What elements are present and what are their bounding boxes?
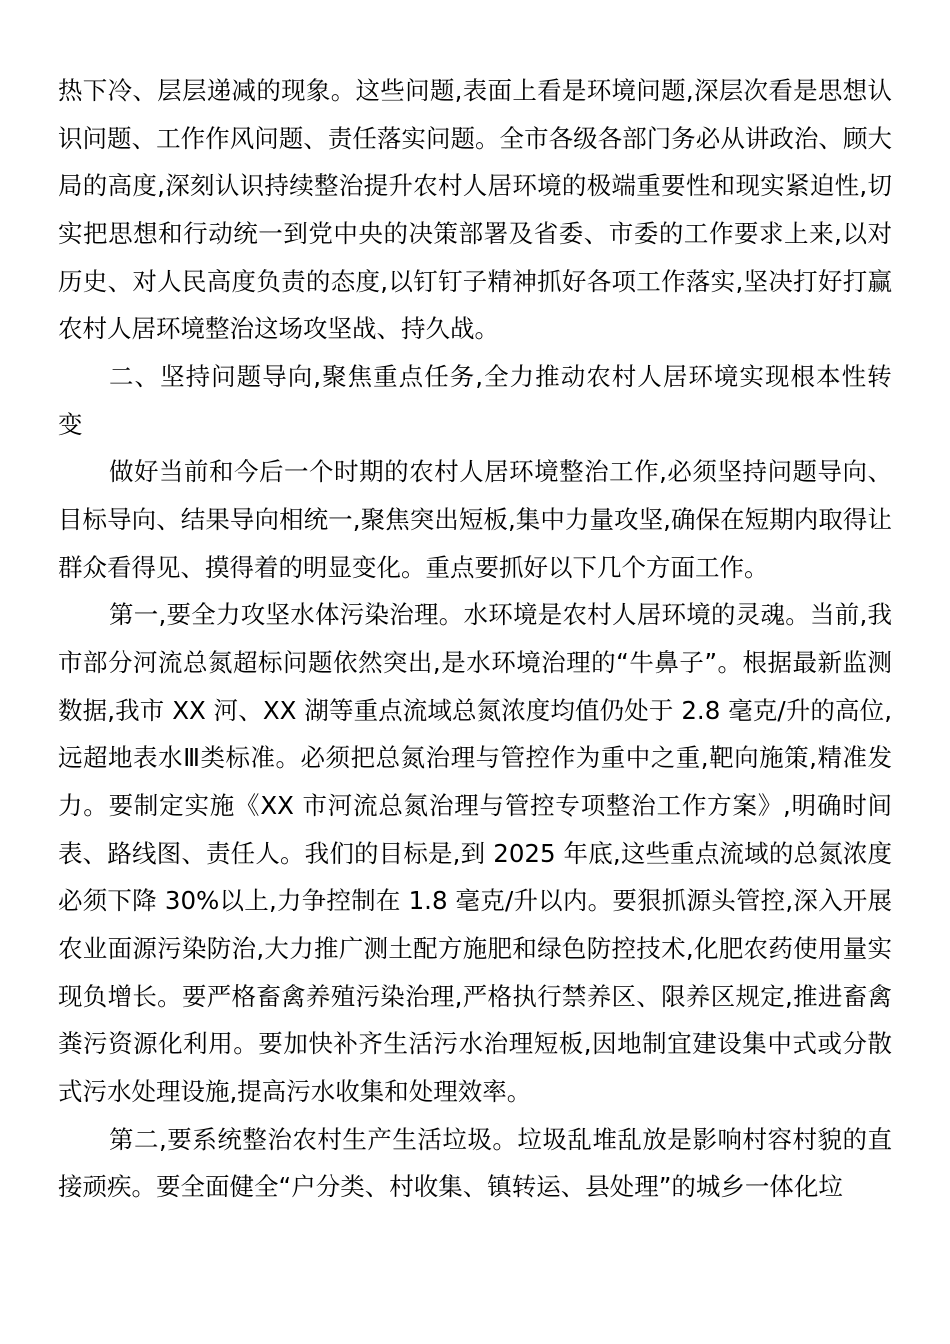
document-page: 热下冷、层层递减的现象。这些问题,表面上看是环境问题,深层次看是思想认识问题、工… <box>58 67 892 1211</box>
section-heading-two: 二、坚持问题导向,聚焦重点任务,全力推动农村人居环境实现根本性转变 <box>58 353 892 448</box>
paragraph-garbage-treatment: 第二,要系统整治农村生产生活垃圾。垃圾乱堆乱放是影响村容村貌的直接顽疾。要全面健… <box>58 1116 892 1211</box>
paragraph-continued-body: 热下冷、层层递减的现象。这些问题,表面上看是环境问题,深层次看是思想认识问题、工… <box>58 67 892 353</box>
paragraph-water-pollution: 第一,要全力攻坚水体污染治理。水环境是农村人居环境的灵魂。当前,我市部分河流总氮… <box>58 591 892 1115</box>
paragraph-intro-tasks: 做好当前和今后一个时期的农村人居环境整治工作,必须坚持问题导向、目标导向、结果导… <box>58 448 892 591</box>
